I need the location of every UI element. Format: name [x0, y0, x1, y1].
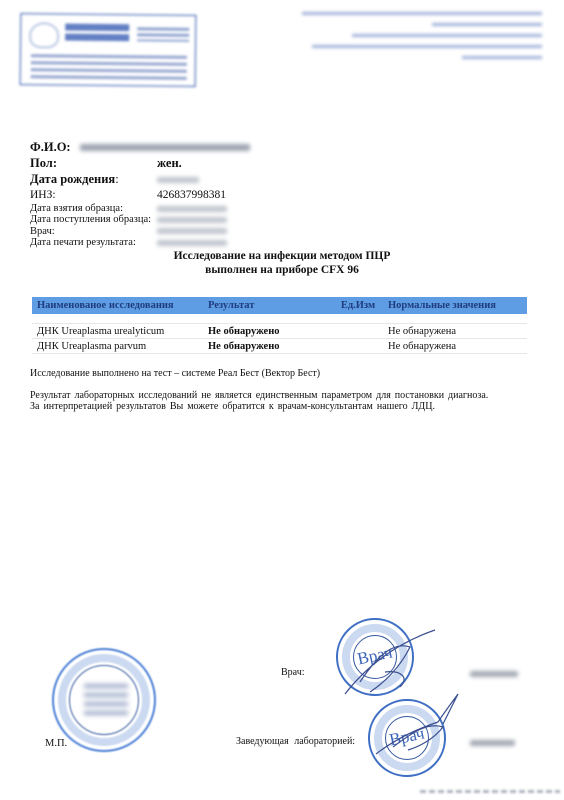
sample-received-value-redacted [157, 217, 227, 223]
col-header-test-name: Наименованое исследования [32, 300, 208, 311]
print-date-value-redacted [157, 240, 227, 246]
report-title-line2: выполнен на приборе CFX 96 [0, 263, 564, 277]
print-date-row: Дата печати результата: [30, 237, 450, 248]
sample-received-label: Дата поступления образца: [30, 214, 157, 225]
disclaimer-line1: Результат лабораторных исследований не я… [30, 390, 530, 401]
dob-label: Дата рождения [30, 172, 115, 186]
sample-taken-row: Дата взятия образца: [30, 203, 450, 214]
test-name: ДНК Ureaplasma urealyticum [32, 326, 208, 337]
inz-row: ИНЗ: 426837998381 [30, 188, 450, 202]
disclaimer-line2: За интерпретацией результатов Вы можете … [30, 401, 530, 412]
seal-center-redacted [84, 684, 128, 718]
report-title-line1: Исследование на инфекции методом ПЦР [0, 249, 564, 263]
sex-label: Пол: [30, 156, 157, 171]
test-normal: Не обнаружена [388, 326, 527, 337]
test-normal: Не обнаружена [388, 341, 527, 352]
brand-tagline-redacted [137, 27, 189, 42]
fio-row: Ф.И.О: [30, 140, 450, 155]
sample-taken-label: Дата взятия образца: [30, 203, 157, 214]
fio-label: Ф.И.О: [30, 140, 80, 155]
logo-address-redacted [31, 54, 187, 82]
inz-value: 426837998381 [157, 188, 450, 202]
sex-value: жен. [157, 156, 450, 171]
table-row: ДНК Ureaplasma parvum Не обнаружено Не о… [32, 339, 527, 354]
doctor-name-redacted [470, 665, 520, 683]
doctor-label: Врач: [30, 226, 157, 237]
table-row: ДНК Ureaplasma urealyticum Не обнаружено… [32, 324, 527, 339]
results-table: Наименованое исследования Результат Ед.И… [32, 297, 527, 354]
test-result: Не обнаружено [208, 326, 308, 337]
doctor-signature [340, 622, 440, 702]
col-header-normal: Нормальные значения [388, 300, 527, 311]
col-header-result: Результат [208, 300, 308, 311]
patient-info: Ф.И.О: Пол: жен. Дата рождения: ИНЗ: 426… [30, 140, 450, 249]
table-spacer [32, 314, 527, 324]
fio-value-redacted [80, 144, 250, 151]
footer-redacted [420, 790, 560, 793]
seal-label: М.П. [45, 738, 67, 749]
dob-value-redacted [157, 177, 199, 183]
lab-head-name-redacted [470, 734, 520, 752]
organization-contacts-redacted [292, 12, 542, 70]
lab-head-label: Заведующая лабораторией: [236, 736, 355, 747]
test-result: Не обнаружено [208, 341, 308, 352]
sex-row: Пол: жен. [30, 156, 450, 171]
doctor-signature-label: Врач: [281, 667, 305, 678]
lab-head-signature [368, 692, 468, 762]
clinic-logo-stamp [20, 13, 197, 87]
inz-label: ИНЗ: [30, 188, 157, 202]
dob-colon: : [115, 172, 118, 186]
test-system-note: Исследование выполнено на тест – системе… [30, 368, 320, 379]
test-name: ДНК Ureaplasma parvum [32, 341, 208, 352]
sample-taken-value-redacted [157, 206, 227, 212]
print-date-label: Дата печати результата: [30, 237, 157, 248]
brand-name-redacted [65, 24, 129, 45]
results-table-header: Наименованое исследования Результат Ед.И… [32, 297, 527, 314]
col-header-unit: Ед.Изм [308, 300, 388, 311]
doctor-value-redacted [157, 228, 227, 234]
organization-seal [52, 648, 156, 752]
heart-logo-icon [29, 22, 59, 48]
sample-received-row: Дата поступления образца: [30, 214, 450, 225]
doctor-row: Врач: [30, 226, 450, 237]
report-title: Исследование на инфекции методом ПЦР вып… [0, 249, 564, 277]
dob-row: Дата рождения: [30, 172, 450, 187]
disclaimer: Результат лабораторных исследований не я… [30, 390, 530, 412]
